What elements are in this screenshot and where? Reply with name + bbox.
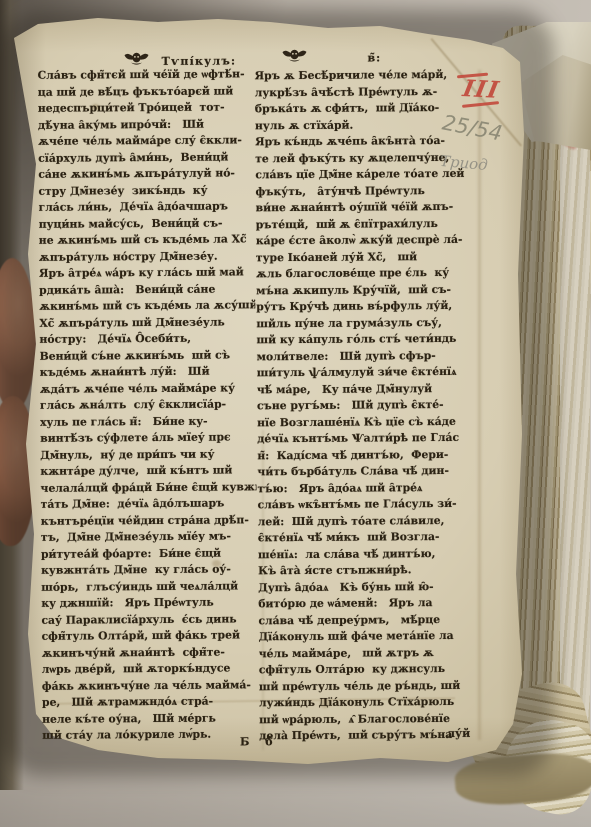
handwritten-annotations: III 25/54 Триод [0,0,591,827]
book-photo: Тѵпі́кулъ: в̃: Сла́въ сфн̃тєй шй че́їй д… [0,0,591,827]
red-pencil-numeral: III [461,75,503,104]
pencil-title-note: Триод [439,152,488,174]
pencil-shelfmark: 25/54 [440,110,504,145]
